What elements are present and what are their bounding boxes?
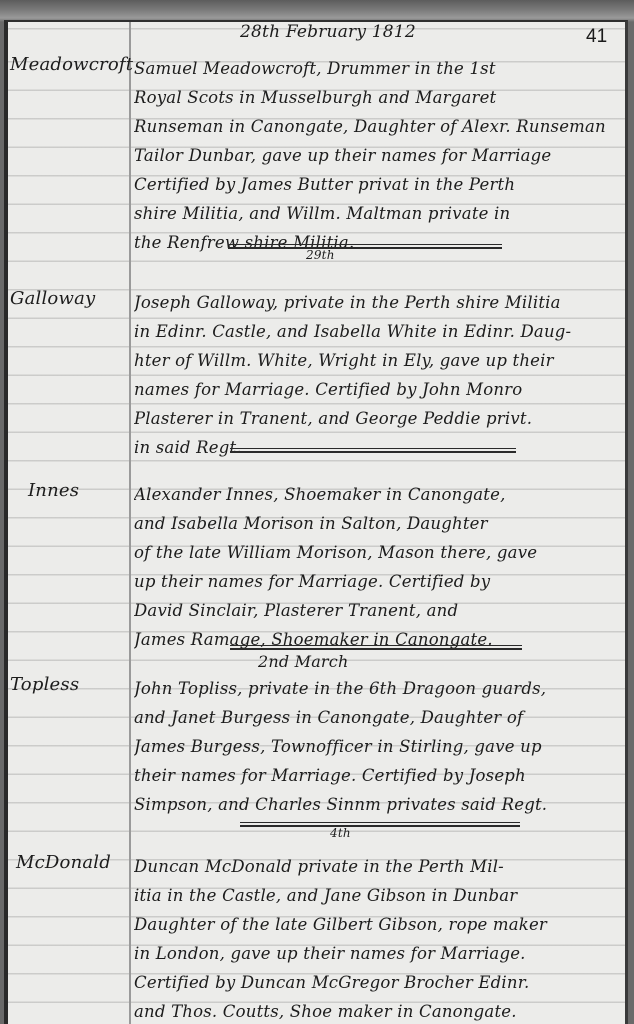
entry-line: David Sinclair, Plasterer Tranent, and — [134, 596, 628, 625]
entry-surname: Innes — [28, 480, 79, 501]
entry-line: John Topliss, private in the 6th Dragoon… — [134, 674, 628, 703]
entry-line: and Thos. Coutts, Shoe maker in Canongat… — [134, 997, 628, 1024]
entry-surname: Meadowcroft — [10, 54, 133, 75]
entry-separator — [228, 244, 502, 249]
entry-line: Royal Scots in Musselburgh and Margaret — [134, 83, 628, 112]
entry-line: their names for Marriage. Certified by J… — [134, 761, 628, 790]
entry-date: 29th — [306, 248, 335, 262]
entry-text: Alexander Innes, Shoemaker in Canongate,… — [134, 480, 628, 654]
entry-line: Plasterer in Tranent, and George Peddie … — [134, 404, 628, 433]
register-page: 41 28th February 1812 Meadowcroft Samuel… — [4, 20, 628, 1024]
entry-surname: Topless — [10, 674, 79, 695]
entry-text: Duncan McDonald private in the Perth Mil… — [134, 852, 628, 1024]
entry-surname: Galloway — [10, 288, 95, 309]
entry-line: Tailor Dunbar, gave up their names for M… — [134, 141, 628, 170]
entry-line: Simpson, and Charles Sinnm privates said… — [134, 790, 628, 819]
entry-line: Joseph Galloway, private in the Perth sh… — [134, 288, 628, 317]
entry-line: of the late William Morison, Mason there… — [134, 538, 628, 567]
entry-line: itia in the Castle, and Jane Gibson in D… — [134, 881, 628, 910]
entry-surname: McDonald — [16, 852, 111, 873]
entry-line: shire Militia, and Willm. Maltman privat… — [134, 199, 628, 228]
entry-line: and Janet Burgess in Canongate, Daughter… — [134, 703, 628, 732]
entry-date: 4th — [330, 826, 351, 840]
entry-line: Daughter of the late Gilbert Gibson, rop… — [134, 910, 628, 939]
margin-rule — [129, 22, 131, 1024]
entry-line: Runseman in Canongate, Daughter of Alexr… — [134, 112, 628, 141]
entry-line: Alexander Innes, Shoemaker in Canongate, — [134, 480, 628, 509]
entry-line: and Isabella Morison in Salton, Daughter — [134, 509, 628, 538]
entry-line: James Burgess, Townofficer in Stirling, … — [134, 732, 628, 761]
entry-line: Certified by James Butter privat in the … — [134, 170, 628, 199]
entry-text: Joseph Galloway, private in the Perth sh… — [134, 288, 628, 462]
entry-line: up their names for Marriage. Certified b… — [134, 567, 628, 596]
entry-line: Samuel Meadowcroft, Drummer in the 1st — [134, 54, 628, 83]
entry-date: 2nd March — [258, 652, 348, 671]
entry-separator — [230, 645, 522, 650]
header-date: 28th February 1812 — [240, 22, 416, 42]
entry-separator — [240, 822, 520, 827]
entry-text: Samuel Meadowcroft, Drummer in the 1st R… — [134, 54, 628, 257]
entry-line: names for Marriage. Certified by John Mo… — [134, 375, 628, 404]
entry-line: in Edinr. Castle, and Isabella White in … — [134, 317, 628, 346]
entry-separator — [230, 448, 516, 453]
entry-line: the Renfrew shire Militia. — [134, 228, 628, 257]
page-number: 41 — [586, 26, 607, 48]
entry-line: hter of Willm. White, Wright in Ely, gav… — [134, 346, 628, 375]
entry-line: in London, gave up their names for Marri… — [134, 939, 628, 968]
entry-line: Duncan McDonald private in the Perth Mil… — [134, 852, 628, 881]
entry-text: John Topliss, private in the 6th Dragoon… — [134, 674, 628, 819]
entry-line: Certified by Duncan McGregor Brocher Edi… — [134, 968, 628, 997]
